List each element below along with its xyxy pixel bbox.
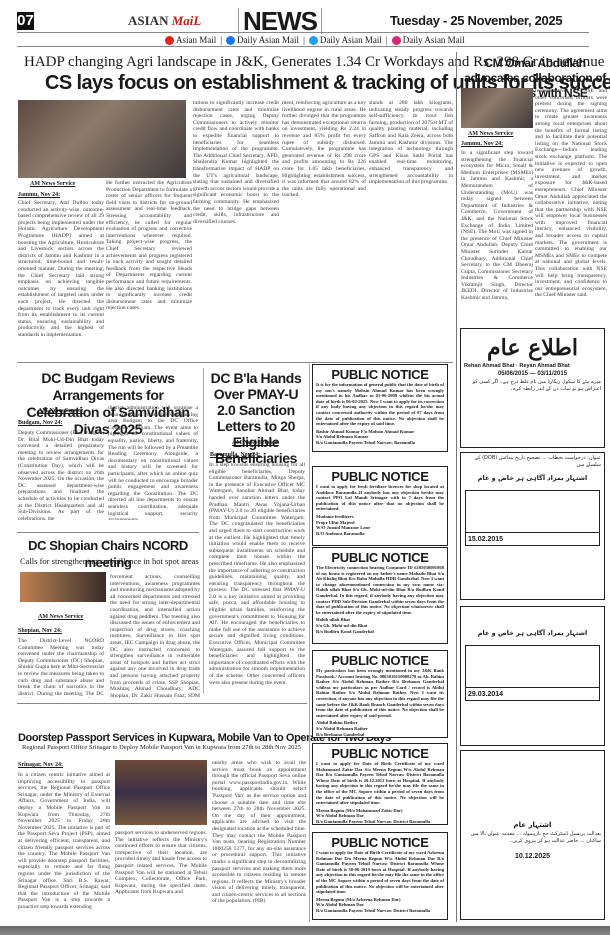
youtube-icon: [165, 36, 174, 45]
urdu-ad-1: اطلاع عام Rehan Ahmad Bhat · Reyan Ahmad…: [460, 328, 605, 448]
omar-col-2: representatives of NSE and other concern…: [535, 88, 607, 322]
notice-signature: R/o Gantamulla Payeen Tehsil Narvaw, Bar…: [316, 440, 444, 446]
public-notice: PUBLIC NOTICE My particulars has been wr…: [312, 650, 448, 738]
omar-col-1: In a significant step toward strengtheni…: [461, 150, 533, 322]
social-facebook[interactable]: Daily Asian Mail: [226, 35, 299, 45]
news-service: AM News Service: [232, 440, 277, 446]
social-twitter[interactable]: Daily Asian Mail: [309, 35, 382, 45]
notice-body: I want to apply for fresh fertilizer lic…: [316, 484, 444, 512]
shopian-photo: [20, 572, 106, 602]
urdu-ad-4: اشتہار عام بعدالت پرنسپل ڈسٹرکٹ جج بارہم…: [460, 750, 605, 920]
notice-title: PUBLIC NOTICE: [316, 469, 444, 484]
divider: [17, 32, 589, 33]
notice-signature: R/o Budhru Kond Ganderbal: [316, 629, 444, 635]
urdu-ad-body: میرے بیٹے کا سکول ریکارڈ میں نام غلط درج…: [461, 377, 604, 395]
social-label: Asian Mail: [176, 35, 216, 45]
name-1: Rehan Ahmad Bhat: [464, 363, 515, 369]
dob-table: 15.02.2015: [465, 490, 600, 546]
baramulla-col-1: In a step towards ensuring housing for a…: [209, 462, 305, 694]
dob-value: 15.02.2015: [468, 536, 503, 543]
shopian-col-2: forcement actions, counselling intervent…: [110, 574, 200, 698]
logo-brand: ASIAN: [128, 13, 168, 28]
social-youtube[interactable]: Asian Mail: [165, 35, 216, 45]
urdu-ad-names: Rehan Ahmad Bhat · Reyan Ahmad Bhat: [461, 361, 604, 371]
lead-col-1: Chief Secretary, Atal Dulloo today condu…: [18, 200, 104, 360]
passport-col-1: In a citizen centric initiative aimed at…: [18, 772, 110, 922]
issue-date: Tuesday - 25 November, 2025: [390, 13, 562, 28]
social-links: Asian Mail| Daily Asian Mail| Daily Asia…: [165, 35, 465, 45]
notice-body: It is for the information of general pub…: [316, 382, 444, 427]
passport-subhead: Regional Passport Office Srinagar to Dep…: [22, 744, 301, 751]
social-label: Daily Asian Mail: [320, 35, 382, 45]
notice-signature: R/o Gantamulla Payeen Tehsil Narvaw Dist…: [316, 908, 444, 914]
passport-photo: [115, 760, 207, 825]
column-rule: [309, 362, 310, 922]
shopian-subhead: Calls for strengthening surveillance in …: [20, 556, 199, 566]
social-instagram[interactable]: Daily Asian Mail: [392, 35, 465, 45]
public-notice: PUBLIC NOTICE I want to apply for Date o…: [312, 832, 448, 920]
notice-signature: R/o Gantamulla Payeen Tehsil Narvaw Dist…: [316, 819, 444, 825]
name-2: Reyan Ahmad Bhat: [519, 363, 569, 369]
page-number: 07: [17, 12, 34, 30]
dob-value: 29.03.2014: [468, 691, 503, 698]
omar-photo: [461, 88, 533, 128]
notice-body: The Electricity connection bearing Consu…: [316, 565, 444, 615]
instagram-icon: [392, 36, 401, 45]
notice-signature: R/o Brehama Ganderbal: [316, 732, 444, 738]
lead-col-3: tutions to significantly increase credit…: [193, 100, 279, 360]
footer-bar: [0, 926, 610, 935]
social-label: Daily Asian Mail: [403, 35, 465, 45]
divider: [17, 46, 589, 47]
notice-body: My particulars has been wrongly mentione…: [316, 668, 444, 718]
news-service: AM News Service: [38, 614, 83, 620]
divider: [17, 362, 453, 363]
dateline: Shopian, Nov 24:: [18, 628, 62, 634]
section-title: NEWS: [238, 8, 322, 34]
notice-body: I want to apply for Date of Birth Certif…: [316, 850, 444, 895]
table-rule: [466, 687, 599, 688]
lead-col-4: ment, reinforcing agriculture as a key l…: [282, 100, 366, 360]
shopian-col-1: The District-Level NCORD Committee Meeti…: [18, 638, 104, 698]
notice-title: PUBLIC NOTICE: [316, 550, 444, 565]
lead-col-5: stands at 280 lakh kilograms, indicating…: [369, 100, 453, 360]
passport-col-3: nearby areas who wish to avail the servi…: [212, 760, 306, 922]
social-label: Daily Asian Mail: [237, 35, 299, 45]
budgam-col-1: Deputy Commissioner (DC) Budgam, Dr. Bil…: [18, 430, 104, 520]
dateline: Srinagar, Nov 24:: [18, 762, 63, 768]
public-notice: PUBLIC NOTICE It is for the information …: [312, 364, 448, 452]
divider: [17, 532, 199, 533]
dateline: Baramulla, Nov 24:: [210, 452, 260, 458]
notice-title: PUBLIC NOTICE: [316, 367, 444, 382]
column-rule: [456, 52, 457, 922]
public-notice: PUBLIC NOTICE I want to apply for Date o…: [312, 743, 448, 825]
dateline: Budgam, Nov 24:: [18, 420, 63, 426]
urdu-ad-3: اشتہار بمراد آگاہی ہر خاص و عام 29.03.20…: [460, 606, 605, 746]
divider: [17, 703, 307, 704]
urdu-ad-title: اشتہار بمراد آگاہی ہر خاص و عام: [461, 474, 604, 482]
urdu-ad-title: اطلاع عام: [461, 335, 604, 361]
urdu-ad-title: اشتہار عام: [461, 821, 604, 829]
logo: ASIAN MaiL: [128, 13, 201, 29]
logo-accent: MaiL: [172, 13, 202, 28]
urdu-ad-2: عنوان: درخواست بخطاب ... تصحیح تاریخ پید…: [460, 452, 605, 600]
urdu-ad-body: بعدالت پرنسپل ڈسٹرکٹ جج بارہمولہ ... مقد…: [461, 829, 604, 847]
twitter-icon: [309, 36, 318, 45]
public-notice: PUBLIC NOTICE The Electricity connection…: [312, 547, 448, 644]
news-service: AM News Service: [468, 131, 513, 137]
urdu-ad-title: اشتہار بمراد آگاہی ہر خاص و عام: [461, 629, 604, 637]
public-notice: PUBLIC NOTICE I want to apply for fresh …: [312, 466, 448, 546]
lead-photo: [18, 100, 186, 178]
dob-table: 29.03.2014: [465, 645, 600, 701]
notice-signature: R/O Andoora Baramulla: [316, 531, 444, 537]
column-rule: [203, 368, 204, 693]
news-service: AM News Service: [38, 408, 83, 414]
notice-title: PUBLIC NOTICE: [316, 835, 444, 850]
passport-col-2: passport services to underserved regions…: [115, 830, 207, 922]
notice-title: PUBLIC NOTICE: [316, 746, 444, 761]
masthead: 07 ASIAN MaiL NEWS Tuesday - 25 November…: [0, 0, 610, 50]
notice-body: I want to apply for Date of Birth Certif…: [316, 761, 444, 806]
notice-title: PUBLIC NOTICE: [316, 653, 444, 668]
table-rule: [466, 532, 599, 533]
budgam-col-2: district administration will organise a …: [108, 405, 198, 520]
news-service: AM News Service: [30, 181, 75, 187]
urdu-ad-body: عنوان: درخواست بخطاب ... تصحیح تاریخ پید…: [461, 453, 604, 471]
dateline: Jammu, Nov 24:: [461, 141, 503, 147]
lead-col-2: He further instructed the Agriculture Pr…: [106, 180, 192, 360]
dateline: Jammu, Nov 24:: [18, 192, 60, 198]
facebook-icon: [226, 36, 235, 45]
urdu-ad-date: 10.12.2025: [461, 853, 604, 860]
